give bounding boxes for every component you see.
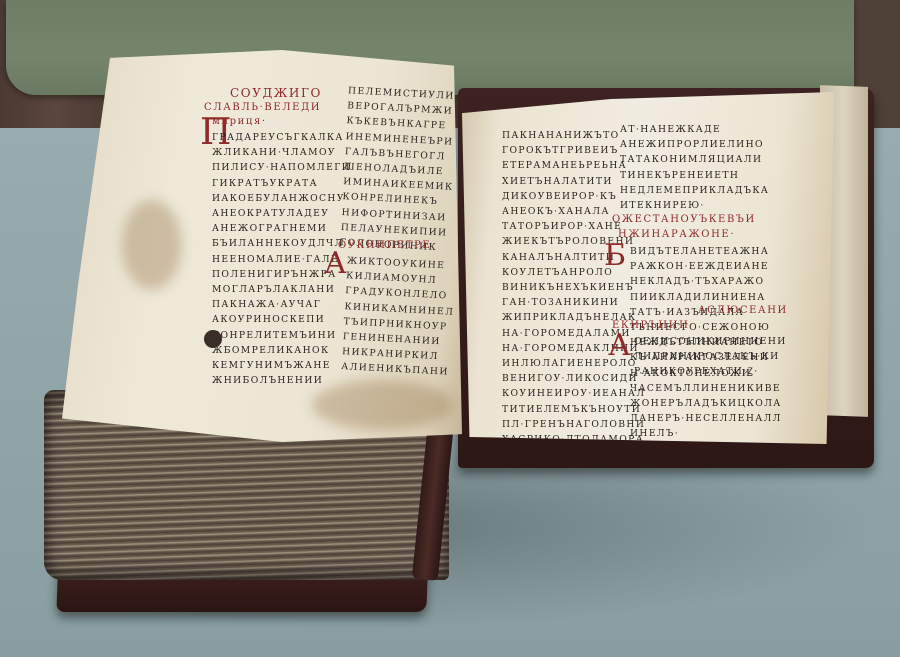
right-page-column-2: АТ·НАНЕЖКАДЕ АНЕЖИПРОРЛИЕЛИНО ТАТАКОНИМЛ… (620, 122, 769, 213)
right-page-rubric-1: ОЖЕСТАНОУЪКЕВЪИ (612, 214, 756, 225)
left-page: СОУДЖИГО СЛАВЛЬ·ВЕЛЕДИ мириця· П ГРАДАРЕ… (62, 50, 462, 442)
left-page-column-2-continued: ЖИКТООУКИНЕ КИЛИАМОУНЛ ГРАДУКОНЛЕЛО КИНИ… (341, 253, 457, 380)
right-page-initial-2: А (608, 328, 631, 363)
right-page-initial-1: Б (604, 238, 626, 273)
right-page: ПАКНАНАНИЖЪТО ГОРОКЪТГРИВЕИЪ ЕТЕРАМАНЕЬР… (462, 92, 834, 444)
water-stain (122, 200, 182, 290)
parchment-hole (204, 330, 222, 348)
right-page-rubric-1b: НЖИНАРАЖОНЕ· (618, 229, 735, 240)
left-page-heading: СОУДЖИГО (230, 86, 322, 100)
left-page-column-2: ПЕЛЕМИСТИУЛИ ВЕРОГАЛЪРМЖИ КЪКЕВЪНКАГРЕ И… (340, 83, 459, 256)
left-page-initial-2: А (324, 246, 347, 281)
right-page-column-2-end: ОЕНИСОНИКИРИНИЕНИ ЛИПРИНИРОСЛАКЪ·КИ РАНИ… (634, 334, 787, 380)
right-page-rubric-2-tail: АСЛЮСЕАНИ (698, 305, 788, 316)
left-page-rubric: ОУКНИПЕТРЕ (338, 240, 431, 251)
manuscript-photo: ПАКНАНАНИЖЪТО ГОРОКЪТГРИВЕИЪ ЕТЕРАМАНЕЬР… (0, 0, 900, 657)
